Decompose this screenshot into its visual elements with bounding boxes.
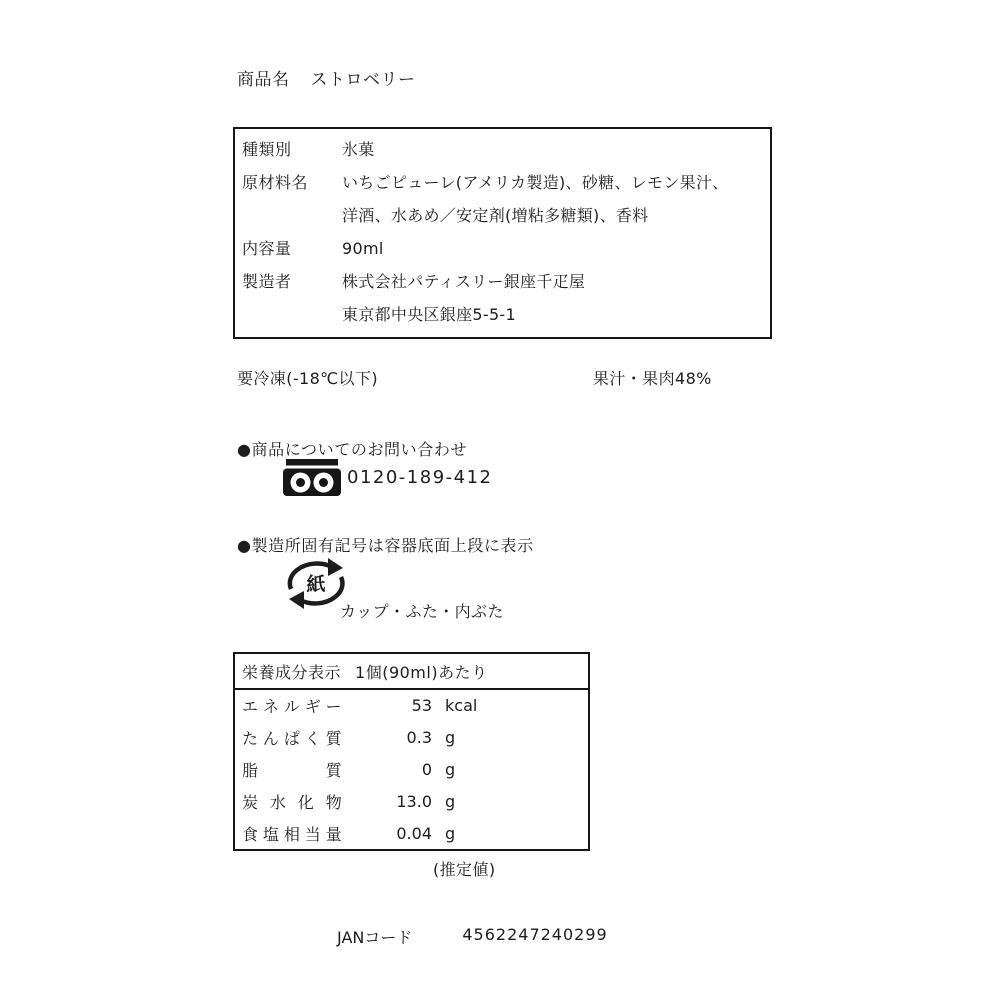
spec-value: 株式会社パティスリー銀座千疋屋 東京都中央区銀座5-5-1	[342, 265, 762, 331]
nutrition-value: 0.04	[342, 824, 432, 843]
nutrition-row-fat: 脂質 0 g	[235, 754, 588, 786]
spec-value-line: 氷菓	[342, 133, 762, 166]
spec-value-line: いちごピューレ(アメリカ製造)、砂糖、レモン果汁、	[342, 166, 762, 199]
nutrition-label: 食塩相当量	[242, 822, 342, 845]
nutrition-value: 0	[342, 760, 432, 779]
nutrition-row-protein: たんぱく質 0.3 g	[235, 722, 588, 754]
nutrition-row-salt: 食塩相当量 0.04 g	[235, 817, 588, 849]
nutrition-value: 53	[342, 696, 432, 715]
spec-value: 90ml	[342, 232, 762, 265]
inquiry-heading: ●商品についてのお問い合わせ	[237, 437, 467, 460]
jan-code-label: JANコード	[337, 925, 412, 948]
storage-instruction: 要冷凍(-18℃以下)	[237, 366, 378, 389]
paper-recycle-glyph: 紙	[305, 573, 325, 596]
nutrition-label: たんぱく質	[242, 726, 342, 749]
nutrition-label: 脂質	[242, 758, 342, 781]
spec-row-type: 種類別 氷菓	[242, 133, 762, 166]
spec-value-line: 洋酒、水あめ／安定剤(増粘多糖類)、香料	[342, 199, 762, 232]
spec-value-line: 東京都中央区銀座5-5-1	[342, 298, 762, 331]
product-name-value: ストロベリー	[311, 65, 416, 90]
paper-recycle-icon: 紙	[284, 556, 348, 611]
jan-code-value: 4562247240299	[462, 925, 607, 948]
spec-row-volume: 内容量 90ml	[242, 232, 762, 265]
nutrition-basis: 1個(90ml)あたり	[355, 660, 488, 683]
nutrition-row-energy: エネルギー 53 kcal	[235, 690, 588, 722]
product-label-page: 商品名 ストロベリー 種類別 氷菓 原材料名 いちごピューレ(アメリカ製造)、砂…	[0, 0, 1000, 1000]
recyclable-parts: カップ・ふた・内ぶた	[340, 599, 504, 622]
spec-value-line: 90ml	[342, 232, 762, 265]
spec-value: いちごピューレ(アメリカ製造)、砂糖、レモン果汁、 洋酒、水あめ／安定剤(増粘多…	[342, 166, 762, 232]
spec-value: 氷菓	[342, 133, 762, 166]
nutrition-unit: g	[445, 728, 455, 747]
mfg-code-heading: ●製造所固有記号は容器底面上段に表示	[237, 533, 534, 556]
nutrition-value: 0.3	[342, 728, 432, 747]
spec-row-manufacturer: 製造者 株式会社パティスリー銀座千疋屋 東京都中央区銀座5-5-1	[242, 265, 762, 331]
spec-label: 内容量	[242, 232, 342, 265]
spec-label: 種類別	[242, 133, 342, 166]
free-dial-icon	[283, 459, 341, 496]
nutrition-header: 栄養成分表示 1個(90ml)あたり	[235, 654, 588, 690]
nutrition-unit: g	[445, 760, 455, 779]
phone-number: 0120-189-412	[347, 467, 493, 488]
product-name-row: 商品名 ストロベリー	[237, 65, 416, 90]
nutrition-title: 栄養成分表示	[242, 660, 341, 683]
spec-label: 原材料名	[242, 166, 342, 232]
fruit-content: 果汁・果肉48%	[593, 366, 712, 389]
nutrition-row-carbohydrate: 炭水化物 13.0 g	[235, 785, 588, 817]
nutrition-label: エネルギー	[242, 694, 342, 717]
nutrition-unit: kcal	[445, 696, 477, 715]
nutrition-unit: g	[445, 824, 455, 843]
spec-table: 種類別 氷菓 原材料名 いちごピューレ(アメリカ製造)、砂糖、レモン果汁、 洋酒…	[233, 127, 772, 339]
product-name-label: 商品名	[237, 65, 290, 90]
nutrition-label: 炭水化物	[242, 790, 342, 813]
spec-row-ingredients: 原材料名 いちごピューレ(アメリカ製造)、砂糖、レモン果汁、 洋酒、水あめ／安定…	[242, 166, 762, 232]
nutrition-unit: g	[445, 792, 455, 811]
jan-code-row: JANコード 4562247240299	[337, 925, 608, 948]
nutrition-value: 13.0	[342, 792, 432, 811]
nutrition-table: 栄養成分表示 1個(90ml)あたり エネルギー 53 kcal たんぱく質 0…	[233, 652, 590, 851]
nutrition-estimate-note: (推定値)	[433, 857, 496, 880]
spec-label: 製造者	[242, 265, 342, 331]
spec-value-line: 株式会社パティスリー銀座千疋屋	[342, 265, 762, 298]
